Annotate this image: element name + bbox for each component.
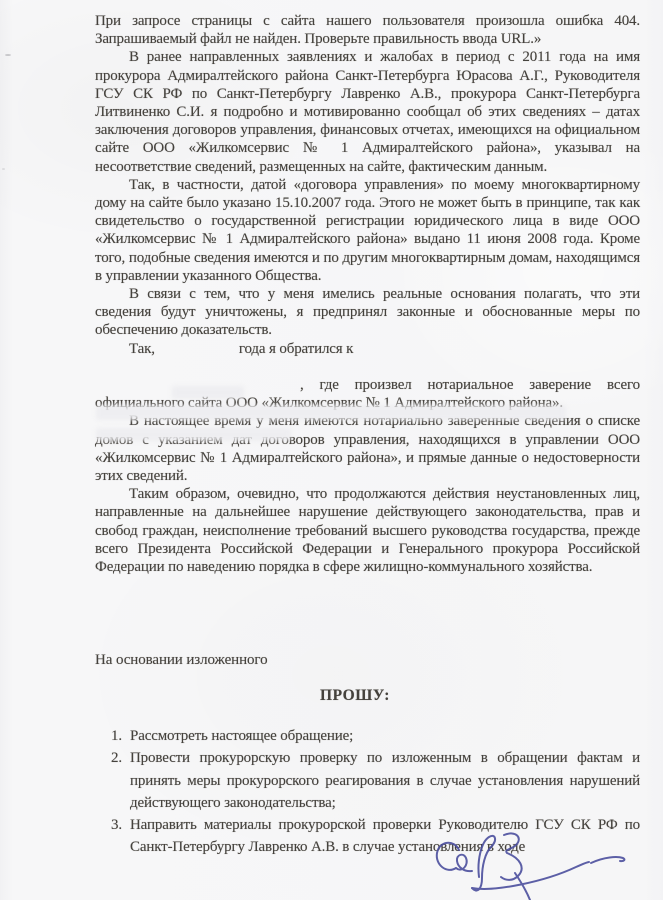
whiteout-smudge	[96, 428, 291, 441]
signature-stroke-f	[472, 836, 495, 891]
redaction-blank-line	[95, 358, 640, 376]
signature-stroke-c	[437, 843, 459, 870]
request-item: 2.Провести прокурорскую проверку по изло…	[95, 747, 640, 814]
scan-artifact	[2, 168, 5, 170]
item-number: 2.	[111, 747, 122, 769]
letter-body: При запросе страницы с сайта нашего поль…	[95, 12, 640, 576]
whiteout-smudge	[172, 386, 244, 399]
signature-stroke-o	[456, 855, 472, 871]
scanned-letter-page: При запросе страницы с сайта нашего поль…	[0, 0, 663, 900]
paragraph-evidence-measures: В связи с тем, что у меня имелись реальн…	[95, 285, 640, 340]
item-text: Провести прокурорскую проверку по изложе…	[130, 750, 640, 811]
signature-stroke-dash	[591, 857, 624, 863]
item-number: 1.	[111, 725, 122, 747]
paragraph-contract-date: Так, в частности, датой «договора управл…	[95, 176, 640, 285]
scan-artifact	[5, 54, 11, 56]
signature-stroke-flourish	[501, 833, 522, 879]
request-item: 1.Рассмотреть настоящее обращение;	[95, 725, 640, 747]
signature-stroke-tail	[515, 873, 530, 900]
paragraph-conclusion: Таким образом, очевидно, что продолжаютс…	[95, 485, 640, 576]
closing-lead: На основании изложенного	[95, 652, 640, 669]
handwritten-signature	[428, 830, 650, 900]
whiteout-smudge	[96, 405, 566, 420]
text-before-redaction: Так,	[129, 341, 155, 357]
item-text: Рассмотреть настоящее обращение;	[130, 728, 353, 744]
text-after-redaction: года я обратился к	[239, 341, 353, 357]
paragraph-notarized-data: В настоящее время у меня имеются нотариа…	[95, 412, 640, 485]
paragraph-prior-complaints: В ранее направленных заявлениях и жалоба…	[95, 48, 640, 175]
request-heading: ПРОШУ:	[95, 687, 615, 705]
item-number: 3.	[111, 814, 122, 836]
paragraph-error-quote: При запросе страницы с сайта нашего поль…	[95, 12, 640, 48]
paragraph-notary-line: Так,года я обратился к	[95, 340, 640, 358]
signature-stroke-swoosh	[472, 862, 589, 889]
